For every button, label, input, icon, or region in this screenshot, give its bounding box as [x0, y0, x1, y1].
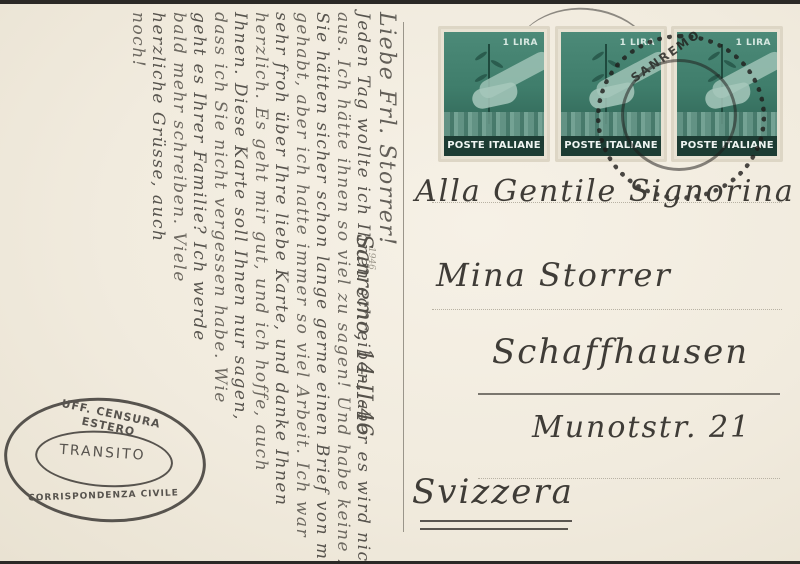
- address-city: Schaffhausen: [492, 332, 749, 372]
- message-line: sehr froh über Ihre liebe Karte, und dan…: [271, 12, 292, 551]
- censor-bottom-text: CORRISPONDENZA CIVILE: [18, 488, 188, 504]
- postcard: Liebe Frl. Storrer! Jeden Tag wollte ich…: [0, 2, 800, 561]
- stamp-image: 1 LIRA POSTE ITALIANE: [444, 32, 544, 156]
- message-line: Sie hätten sicher schon lange gerne eine…: [312, 12, 333, 551]
- divider-line: [403, 22, 404, 532]
- stamp-country: POSTE ITALIANE: [444, 136, 544, 156]
- address-country: Svizzera: [412, 472, 574, 512]
- message-line: gehabt, aber ich hatte immer so viel Arb…: [292, 12, 313, 551]
- country-underline: [420, 520, 572, 522]
- stamp-value: 1 LIRA: [736, 38, 771, 48]
- address-guide-line: [478, 393, 780, 395]
- year-note: 1946: [366, 247, 376, 270]
- address-salutation: Alla Gentile Signorina: [415, 174, 795, 209]
- message-greeting: Liebe Frl. Storrer!: [376, 12, 397, 551]
- message-line: herzlich. Es geht mir gut, und ich hoffe…: [251, 12, 272, 551]
- message-line: Ihnen. Diese Karte soll Ihnen nur sagen,: [230, 12, 251, 551]
- message-line: dass ich Sie nicht vergessen habe. Wie: [210, 12, 231, 551]
- stamp-value: 1 LIRA: [503, 38, 538, 48]
- address-street: Munotstr. 21: [532, 410, 751, 445]
- message-line: aus. Ich hätte ihnen so viel zu sagen! U…: [333, 12, 354, 551]
- postage-stamp: 1 LIRA POSTE ITALIANE: [438, 26, 550, 162]
- address-guide-line: [432, 309, 782, 310]
- address-recipient: Mina Storrer: [436, 256, 672, 294]
- country-underline: [420, 528, 568, 530]
